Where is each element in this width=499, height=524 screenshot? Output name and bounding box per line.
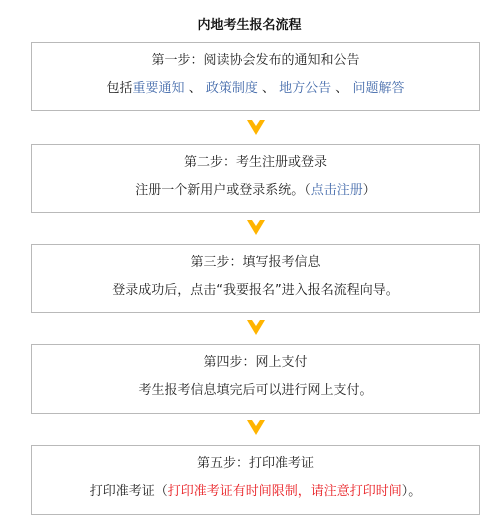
print-time-warning: 打印准考证有时间限制，请注意打印时间 xyxy=(168,484,402,499)
step-5-box: 第五步：打印准考证 打印准考证（打印准考证有时间限制，请注意打印时间）。 xyxy=(31,445,480,515)
page-title: 内地考生报名流程 xyxy=(0,14,499,33)
link-important-notice[interactable]: 重要通知 xyxy=(133,81,185,96)
link-faq[interactable]: 问题解答 xyxy=(352,81,404,96)
chevron-down-icon xyxy=(247,120,265,135)
step-5-heading: 第五步：打印准考证 xyxy=(32,455,479,473)
step-4-heading: 第四步：网上支付 xyxy=(32,354,479,372)
step-1-box: 第一步：阅读协会发布的通知和公告 包括重要通知 、 政策制度 、 地方公告 、 … xyxy=(31,42,480,111)
link-local-announcement[interactable]: 地方公告 xyxy=(279,81,331,96)
step-2-text: 注册一个新用户或登录系统。（ xyxy=(135,183,311,198)
separator: 、 xyxy=(258,81,275,96)
step-5-body: 打印准考证（打印准考证有时间限制，请注意打印时间）。 xyxy=(32,483,479,501)
chevron-down-icon xyxy=(247,220,265,235)
step-1-heading: 第一步：阅读协会发布的通知和公告 xyxy=(32,52,479,70)
step-3-box: 第三步：填写报考信息 登录成功后，点击“我要报名”进入报名流程向导。 xyxy=(31,244,480,313)
step-2-suffix: ） xyxy=(363,183,376,198)
step-5-text: 打印准考证（ xyxy=(90,484,168,499)
step-1-prefix: 包括 xyxy=(107,81,133,96)
link-register[interactable]: 点击注册 xyxy=(311,183,363,198)
step-5-suffix: ）。 xyxy=(402,484,422,499)
link-policy[interactable]: 政策制度 xyxy=(206,81,258,96)
step-2-body: 注册一个新用户或登录系统。（点击注册） xyxy=(32,182,479,200)
chevron-down-icon xyxy=(247,420,265,435)
step-2-box: 第二步：考生注册或登录 注册一个新用户或登录系统。（点击注册） xyxy=(31,144,480,213)
separator: 、 xyxy=(185,81,202,96)
chevron-down-icon xyxy=(247,320,265,335)
step-4-box: 第四步：网上支付 考生报考信息填完后可以进行网上支付。 xyxy=(31,344,480,414)
step-3-heading: 第三步：填写报考信息 xyxy=(32,254,479,272)
step-2-heading: 第二步：考生注册或登录 xyxy=(32,154,479,172)
separator: 、 xyxy=(331,81,348,96)
step-4-body: 考生报考信息填完后可以进行网上支付。 xyxy=(32,382,479,400)
step-1-body: 包括重要通知 、 政策制度 、 地方公告 、 问题解答 xyxy=(32,80,479,98)
step-3-body: 登录成功后，点击“我要报名”进入报名流程向导。 xyxy=(32,282,479,300)
